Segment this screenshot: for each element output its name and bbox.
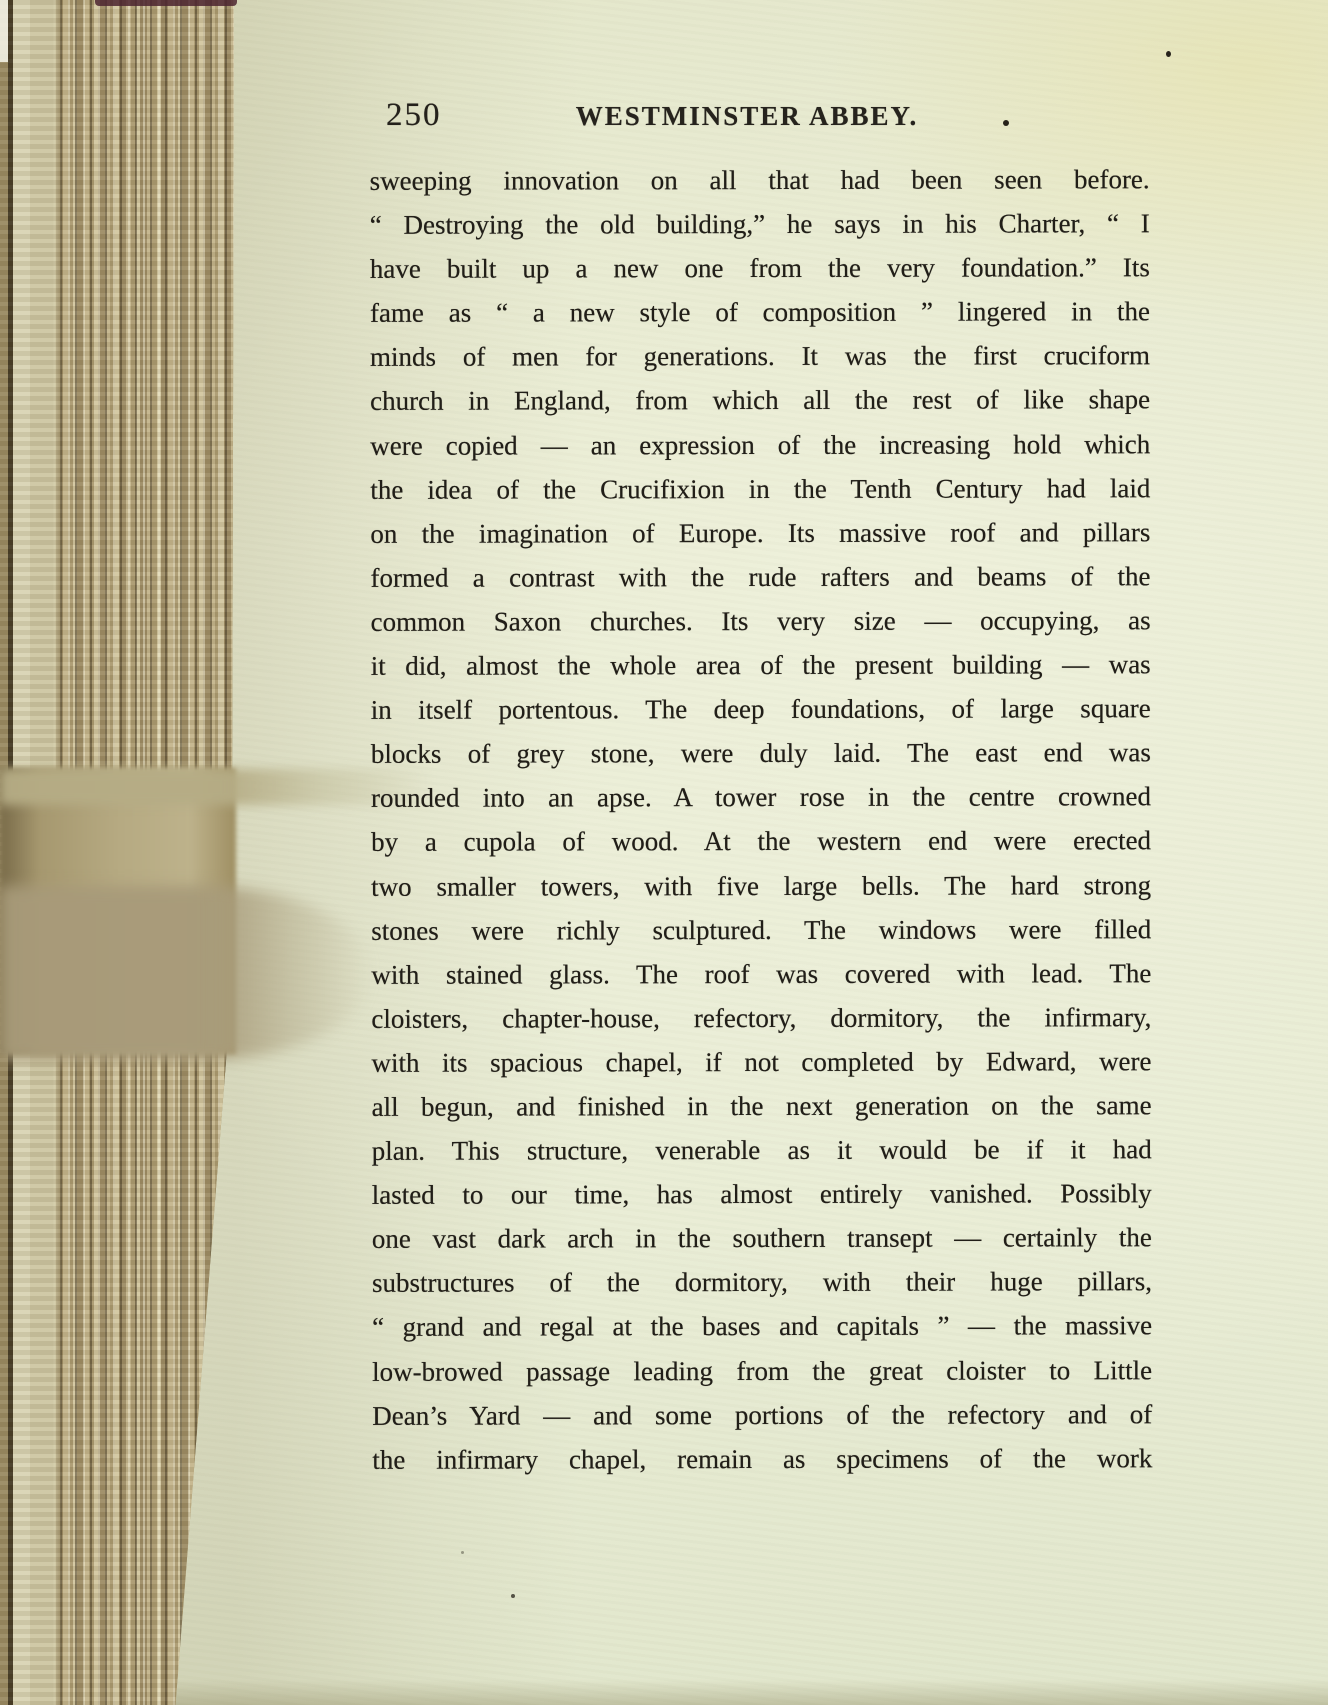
dust-speck xyxy=(511,1594,515,1598)
text-line: minds of men for generations. It was the… xyxy=(370,334,1150,380)
text-line: church in England, from which all the re… xyxy=(370,378,1150,424)
text-line: it did, almost the whole area of the pre… xyxy=(371,642,1151,688)
text-line: all begun, and finished in the next gene… xyxy=(372,1083,1152,1129)
text-line: “ grand and regal at the bases and capit… xyxy=(372,1304,1152,1350)
running-header: WESTMINSTER ABBEY. xyxy=(356,101,1138,132)
text-line: the infirmary chapel, remain as specimen… xyxy=(372,1436,1152,1482)
text-line: were copied — an expression of the incre… xyxy=(370,422,1150,468)
text-line: one vast dark arch in the southern trans… xyxy=(372,1215,1152,1261)
text-line: low-browed passage leading from the grea… xyxy=(372,1348,1152,1394)
text-line: substructures of the dormitory, with the… xyxy=(372,1260,1152,1306)
scan-smear-lower xyxy=(0,886,372,1060)
text-line: by a cupola of wood. At the western end … xyxy=(371,819,1151,865)
text-line: formed a contrast with the rude rafters … xyxy=(370,554,1150,600)
text-line: have built up a new one from the very fo… xyxy=(370,245,1150,291)
text-line: stones were richly sculptured. The windo… xyxy=(371,907,1151,953)
text-line: sweeping innovation on all that had been… xyxy=(370,157,1150,203)
text-line: with its spacious chapel, if not complet… xyxy=(371,1039,1151,1085)
text-line: two smaller towers, with five large bell… xyxy=(371,863,1151,909)
text-line: blocks of grey stone, were duly laid. Th… xyxy=(371,730,1151,776)
binding-mark xyxy=(95,0,237,6)
page-edge-highlight xyxy=(0,0,8,62)
text-line: “ Destroying the old building,” he says … xyxy=(370,201,1150,247)
text-line: Dean’s Yard — and some portions of the r… xyxy=(372,1392,1152,1438)
dust-speck xyxy=(461,1551,464,1554)
text-line: with stained glass. The roof was covered… xyxy=(371,951,1151,997)
text-line: on the imagination of Europe. Its massiv… xyxy=(370,510,1150,556)
text-line: lasted to our time, has almost entirely … xyxy=(372,1171,1152,1217)
text-line: common Saxon churches. Its very size — o… xyxy=(371,598,1151,644)
text-line: in itself portentous. The deep foundatio… xyxy=(371,686,1151,732)
text-line: fame as “ a new style of composition ” l… xyxy=(370,289,1150,335)
text-line: rounded into an apse. A tower rose in th… xyxy=(371,774,1151,820)
text-line: plan. This structure, venerable as it wo… xyxy=(372,1127,1152,1173)
text-line: cloisters, chapter-house, refectory, dor… xyxy=(371,995,1151,1041)
dust-speck xyxy=(1166,51,1171,57)
scanned-book-page: 250 WESTMINSTER ABBEY. sweeping innovati… xyxy=(0,0,1328,1705)
text-line: the idea of the Crucifixion in the Tenth… xyxy=(370,466,1150,512)
scan-smear-upper xyxy=(0,769,432,805)
body-text: sweeping innovation on all that had been… xyxy=(370,157,1153,1481)
